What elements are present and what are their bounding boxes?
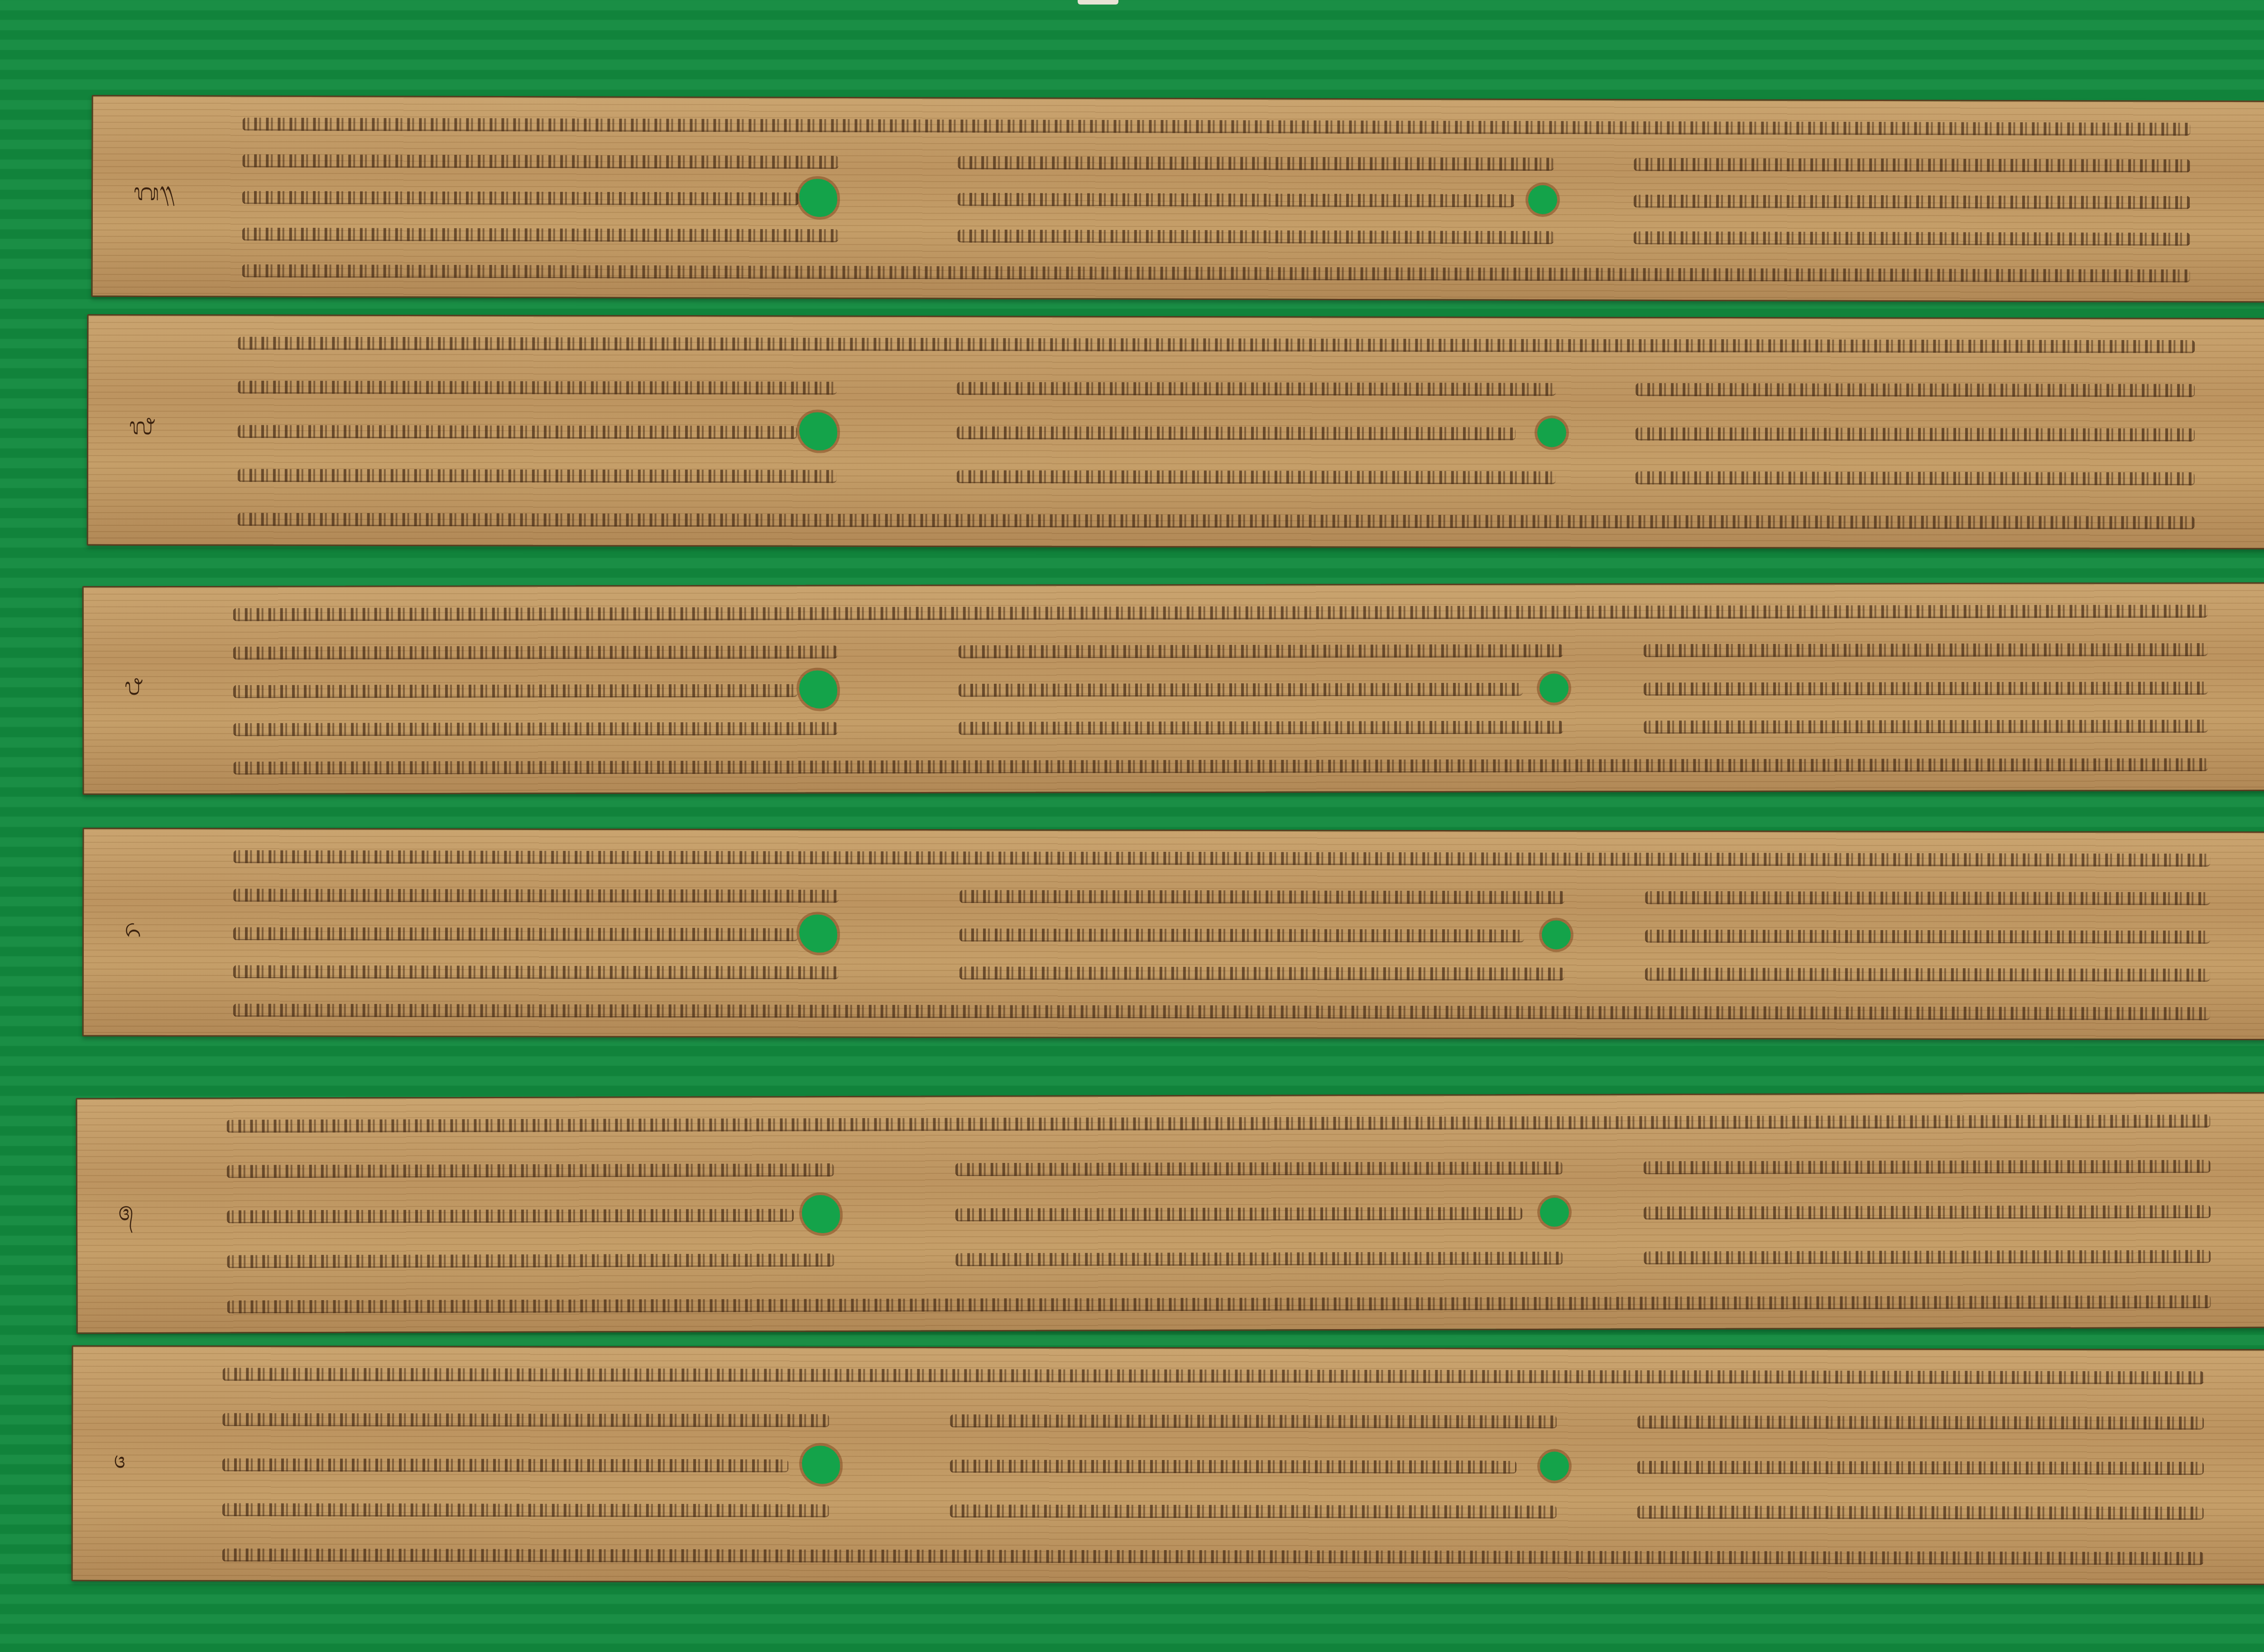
text-line [233,1000,2250,1022]
text-line [233,754,2248,776]
text-line [242,261,2230,284]
text-line [238,509,2235,531]
text-lines [238,333,2235,531]
leaf-number: ᭔ [114,1442,126,1484]
text-line [242,151,2230,174]
text-line [242,187,2230,211]
text-line [233,716,2248,738]
text-line [238,421,2235,443]
manuscript-leaf-6: ᭔ [72,1345,2264,1585]
text-line [222,1545,2244,1566]
text-line [233,962,2250,984]
text-line [222,1364,2244,1386]
text-lines [233,601,2249,776]
text-line [233,639,2248,661]
text-line [233,885,2250,907]
manuscript-leaf-4: ᭖ [82,828,2264,1041]
leaf-number: ᭖ [125,911,142,953]
text-lines [233,846,2251,1022]
text-line [222,1455,2244,1476]
manuscript-leaf-2: ᭗ [87,314,2264,549]
text-line [233,846,2250,868]
manuscript-leaf-3: ᭘ [82,582,2264,795]
text-line [227,1246,2251,1270]
text-line [238,377,2235,399]
leaf-number: ᬕ᭟ [134,175,174,217]
leaf-number: ᭗ [129,408,155,451]
text-line [242,224,2230,247]
manuscript-leaf-1: ᬕ᭟ [91,95,2264,303]
text-line [238,465,2235,487]
text-line [242,114,2230,137]
leaf-number: ᭘ [125,669,143,712]
text-line [227,1156,2251,1180]
paper-scrap [1078,0,1118,5]
text-line [226,1111,2250,1134]
text-line [222,1500,2244,1522]
text-line [227,1201,2251,1225]
text-lines [242,114,2230,284]
text-line [238,333,2235,355]
photo-stage: ᬕ᭟ ᭗ ᭘ [0,0,2264,1652]
text-line [233,677,2248,699]
text-line [233,923,2250,945]
text-line [233,601,2248,623]
text-lines [226,1111,2251,1315]
text-lines [222,1364,2245,1566]
text-line [222,1409,2244,1431]
text-line [227,1292,2251,1315]
leaf-number: ᭕ [118,1195,134,1237]
manuscript-leaf-5: ᭕ [76,1092,2264,1334]
